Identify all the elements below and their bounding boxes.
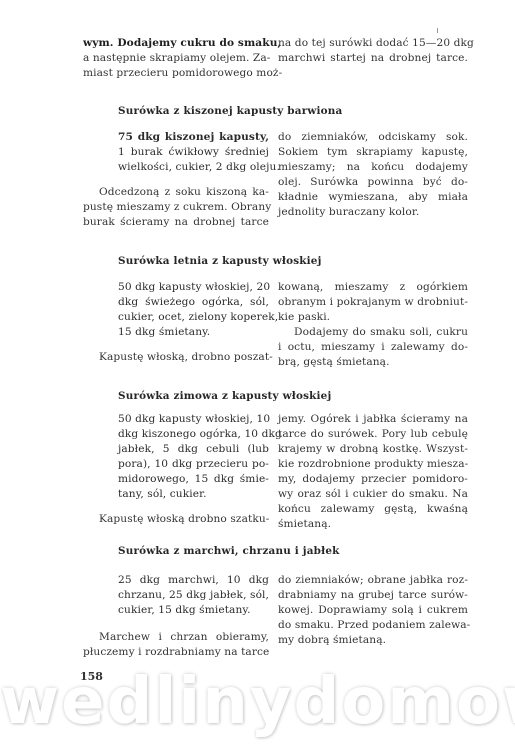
method-line: krajemy w drobną kostkę. Wszyst- [278,442,468,457]
method-line: płuczemy i rozdrabniamy na tarce [83,645,269,660]
recipe-title: Surówka letnia z kapusty włoskiej [118,254,322,269]
ingredient-line: wielkości, cukier, 2 dkg oleju. [118,160,269,175]
method-line: i octu, mieszamy i zalewamy do- [278,340,468,355]
method-line: kowaną, mieszamy z ogórkiem [278,280,468,295]
ingredient-line: 50 dkg kapusty włoskiej, 10 [118,412,269,427]
print-speck [437,28,438,33]
ingredient-line: 15 dkg śmietany. [118,325,269,340]
method-line: kie paski. [278,310,468,325]
method-line: Dodajemy do smaku soli, cukru [278,325,468,340]
ingredient-line: chrzanu, 25 dkg jabłek, sól, [118,588,269,603]
method-line: Kapustę włoską drobno szatku- [83,512,269,527]
method-line: do ziemniaków; obrane jabłka roz- [278,573,468,588]
recipe-title: Surówka z kiszonej kapusty barwiona [118,104,342,119]
ingredient-line: dkg kiszonego ogórka, 10 dkg [118,427,269,442]
method-line: kowej. Doprawiamy solą i cukrem [278,603,468,618]
method-line: mieszamy; na końcu dodajemy [278,160,468,175]
method-line: wy oraz sól i cukier do smaku. Na [278,487,468,502]
method-line: do ziemniaków, odciskamy sok. [278,130,468,145]
method-line: jednolity buraczany kolor. [278,205,468,220]
method-line: Marchew i chrzan obieramy, [83,630,269,645]
method-line: olej. Surówka powinna być do- [278,175,468,190]
method-line: śmietaną. [278,517,468,532]
continuation-right-line: marchwi startej na drobnej tarce. [278,51,468,66]
method-line: do smaku. Przed podaniem zalewa- [278,618,468,633]
recipe-title: Surówka z marchwi, chrzanu i jabłek [118,544,340,559]
method-line: burak ścieramy na drobnej tarce [83,215,269,230]
continuation-left-line: wym. Dodajemy cukru do smaku, [83,36,269,51]
continuation-left-line: miast przecieru pomidorowego moż- [83,66,269,81]
method-line: tarce do surówek. Pory lub cebulę [278,427,468,442]
ingredient-line: cukier, ocet, zielony koperek, [118,310,269,325]
method-line: obranym i pokrajanym w drobniut- [278,295,468,310]
method-line: Sokiem tym skrapiamy kapustę, [278,145,468,160]
recipe-title: Surówka zimowa z kapusty włoskiej [118,389,331,404]
method-line: Odcedzoną z soku kiszoną ka- [83,185,269,200]
ingredient-line: tany, sól, cukier. [118,487,269,502]
method-line: końcu zalewamy gęstą, kwaśną [278,502,468,517]
method-line: my dobrą śmietaną. [278,633,468,648]
ingredient-line: 25 dkg marchwi, 10 dkg [118,573,269,588]
method-line: drabniamy na grubej tarce surów- [278,588,468,603]
ingredient-line: 1 burak ćwikłowy średniej [118,145,269,160]
continuation-left-line: a następnie skrapiamy olejem. Za- [83,51,269,66]
method-line: pustę mieszamy z cukrem. Obrany [83,200,269,215]
watermark: wedlinydomowe.pl [0,665,515,739]
ingredient-line: 50 dkg kapusty włoskiej, 20 [118,280,269,295]
method-line: brą, gęstą śmietaną. [278,355,468,370]
book-page: wym. Dodajemy cukru do smaku, a następni… [0,0,515,750]
ingredient-line: jabłek, 5 dkg cebuli (lub [118,442,269,457]
method-line: jemy. Ogórek i jabłka ścieramy na [278,412,468,427]
method-line: Kapustę włoską, drobno poszat- [83,350,269,365]
continuation-right-line: na do tej surówki dodać 15—20 dkg [278,36,468,51]
ingredient-line: 75 dkg kiszonej kapusty, [118,130,269,145]
ingredient-line: cukier, 15 dkg śmietany. [118,603,269,618]
method-line: kie rozdrobnione produkty miesza- [278,457,468,472]
ingredient-line: dkg świeżego ogórka, sól, [118,295,269,310]
ingredient-line: pora), 10 dkg przecieru po- [118,457,269,472]
ingredient-line: midorowego, 15 dkg śmie- [118,472,269,487]
method-line: my, dodajemy przecier pomidoro- [278,472,468,487]
method-line: kładnie wymieszana, aby miała [278,190,468,205]
